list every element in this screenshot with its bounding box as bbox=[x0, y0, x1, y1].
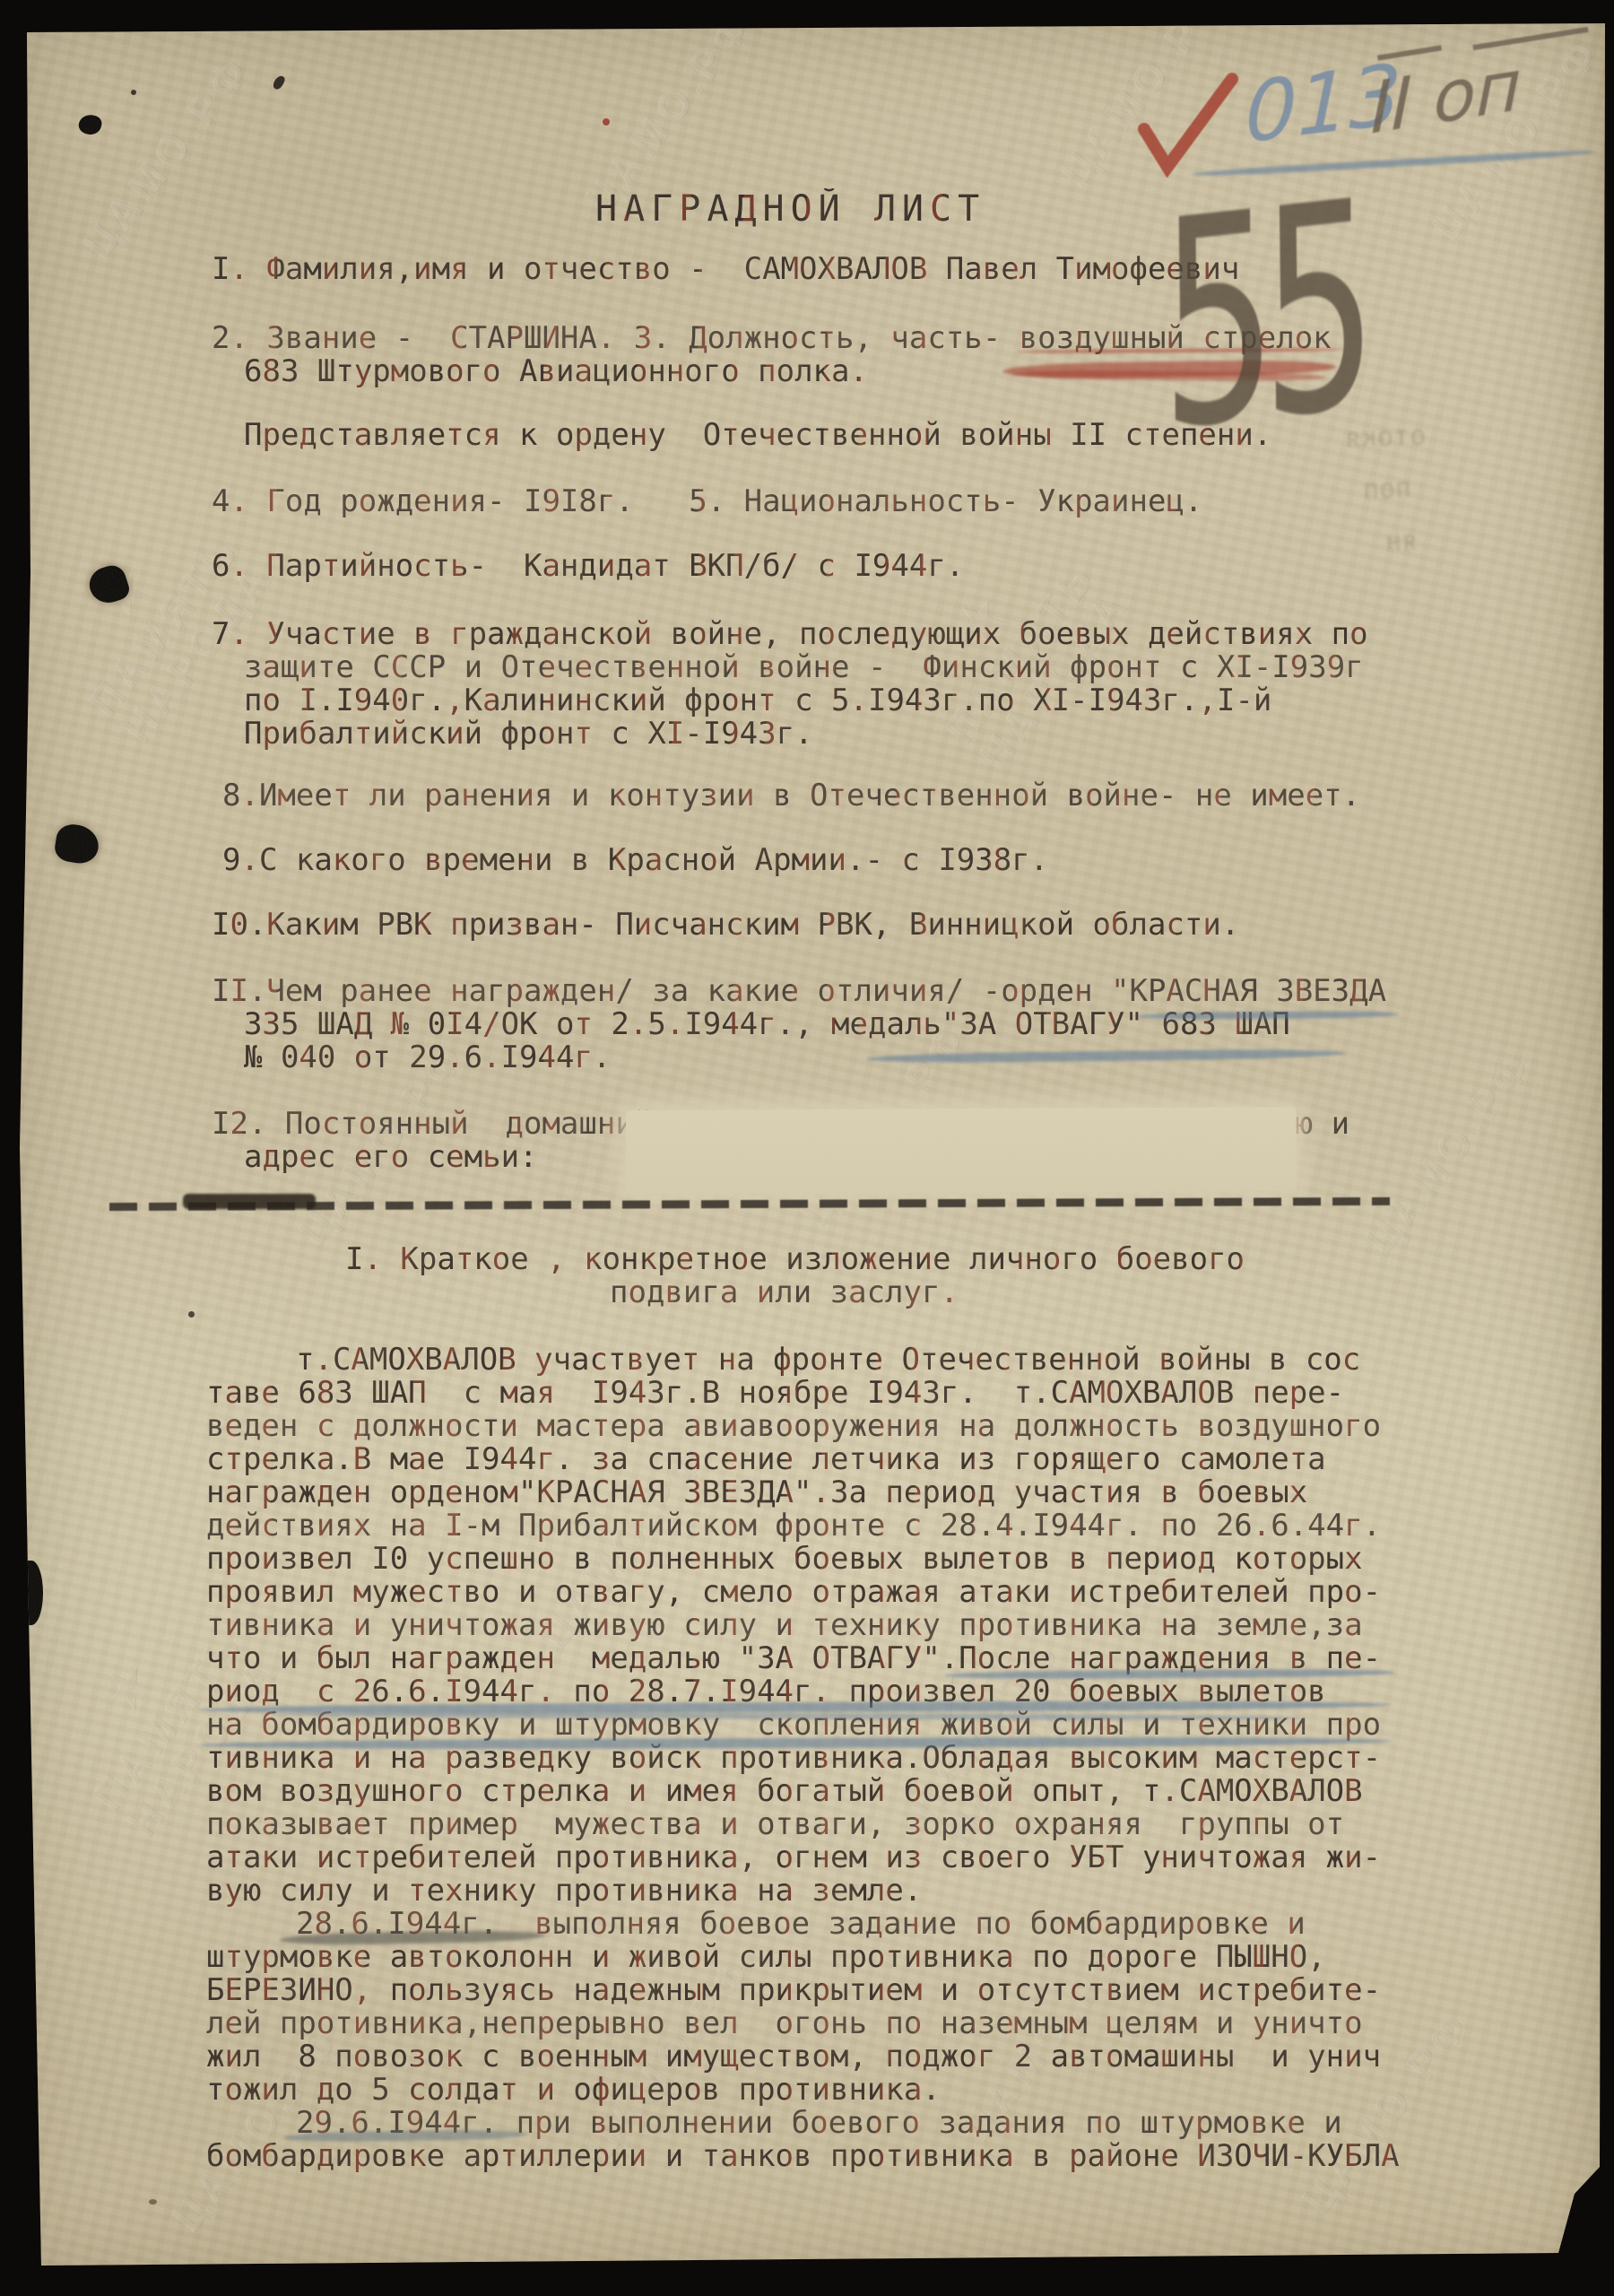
typed-line: 6. Партийность- Кандидат ВКП/б/ с I944г. bbox=[212, 550, 964, 583]
ink-speck-1 bbox=[272, 74, 287, 91]
typed-line: тивника и уничтожая живую силу и технику… bbox=[206, 1609, 1363, 1642]
typed-line: на бомбардировку и штурмовку скопления ж… bbox=[206, 1709, 1381, 1742]
typed-line: таве 683 ШАП с мая I943г.В ноябре I943г.… bbox=[206, 1377, 1344, 1410]
dashed-divider-overtype bbox=[183, 1194, 316, 1209]
opis-overbar-2 bbox=[1472, 27, 1588, 50]
typed-line: 9.С какого времени в Красной Армии.- с I… bbox=[222, 844, 1048, 877]
punch-hole-2 bbox=[85, 561, 132, 607]
ink-bleed-text: ян bbox=[1384, 525, 1418, 557]
watermark-camo: ЦАМО.РФ bbox=[74, 47, 259, 265]
document-title: НАГРАДНОЙ ЛИСТ bbox=[595, 188, 985, 230]
typed-line: II.Чем ранее награжден/ за какие отличия… bbox=[212, 975, 1386, 1008]
typed-line: действиях на I-м Прибалтийском фронте с … bbox=[206, 1509, 1381, 1543]
watermark-camo: ЦАМО.РФ bbox=[1424, 29, 1609, 248]
watermark-camo: ЦАМО.РФ bbox=[1357, 1042, 1541, 1261]
handwritten-opis: II оп bbox=[1370, 45, 1522, 151]
typed-line: проявил мужество и отвагу, смело отражая… bbox=[206, 1576, 1381, 1609]
ink-bleed-text: поп bbox=[1362, 473, 1411, 506]
edge-tear-mark bbox=[20, 1561, 43, 1625]
typed-line: Прибалтийский фронт с XI-I943г. bbox=[244, 717, 813, 751]
star-watermark-icon: ★ bbox=[38, 1585, 218, 1792]
typed-line: по I.I940г.,Калининский фронт с 5.I943г.… bbox=[244, 684, 1271, 717]
typed-line: показывает пример мужества и отваги, зор… bbox=[206, 1808, 1344, 1841]
typed-line: 29.6.I944г. при выполнении боевого задан… bbox=[296, 2107, 1342, 2140]
red-underline-thick bbox=[1002, 359, 1336, 378]
typed-line: 683 Штурмового Авиационного полка. bbox=[244, 355, 868, 388]
typed-line: т.САМОХВАЛОВ участвует на фронте Отечест… bbox=[296, 1344, 1360, 1377]
typed-line: стрелка.В мае I944г. за спасение летчика… bbox=[206, 1443, 1326, 1476]
typed-line: № 040 от 29.6.I944г. bbox=[244, 1041, 611, 1074]
blue-stroke-under-code bbox=[1191, 148, 1596, 178]
typed-line: адрес его семьи: bbox=[244, 1141, 538, 1174]
typed-line: жил 8 повозок с военным имуществом, подж… bbox=[206, 2040, 1381, 2074]
typed-line: что и был награжден медалью "ЗА ОТВАГУ".… bbox=[206, 1642, 1381, 1675]
typed-line: I. Фамилия,имя и отчество - САМОХВАЛОВ П… bbox=[212, 253, 1239, 286]
typed-line: лей противника,непрерывно вел огонь по н… bbox=[206, 2007, 1363, 2040]
typed-line: 2. Звание - СТАРШИНА. 3. Должность, част… bbox=[212, 322, 1332, 355]
typed-line: I. Краткое , конкретное изложение личног… bbox=[345, 1243, 1245, 1276]
typed-line: награжден орденом"КРАСНАЯ ЗВЕЗДА".За пер… bbox=[206, 1476, 1307, 1509]
typed-line: 8.Имеет ли ранения и контузии в Отечеств… bbox=[222, 779, 1360, 813]
typed-line: 4. Год рождения- I9I8г. 5. Национальност… bbox=[212, 485, 1202, 518]
ink-speck-3 bbox=[188, 1311, 195, 1318]
handwritten-code: 013 bbox=[1245, 46, 1402, 161]
typed-line: произвел I0 успешно в полненных боевых в… bbox=[206, 1543, 1363, 1576]
paper-sheet: ЦАМО.РФЦАМО.РФЦАМО.РФЦАМО.РФ★ПАМЯТЬ НАРО… bbox=[0, 0, 1614, 2296]
ink-speck-4 bbox=[149, 2199, 157, 2205]
typed-line: подвига или заслуг. bbox=[610, 1276, 959, 1309]
red-checkmark-icon bbox=[1132, 70, 1248, 187]
typed-line: БЕРЕЗИНО, пользуясь надежным прикрытием … bbox=[206, 1974, 1381, 2007]
typed-line: атаки истребителей противника, огнем из … bbox=[206, 1841, 1381, 1874]
typed-line: Представляется к ордену Отечественной во… bbox=[244, 419, 1271, 452]
typed-line: 335 ШАД № 0I4/ОК от 2.5.I944г., медаль"З… bbox=[244, 1008, 1290, 1041]
typed-line: защите СССР и Отечественной войне - Финс… bbox=[244, 651, 1364, 684]
opis-overbar-1 bbox=[1377, 45, 1442, 60]
ink-speck-red bbox=[603, 118, 610, 126]
typed-line: вом воздушного стрелка и имея богатый бо… bbox=[206, 1775, 1363, 1808]
blue-underline-za-otvagu bbox=[866, 1048, 1345, 1065]
typed-line: бомбардировке артиллерии и танков против… bbox=[206, 2140, 1400, 2173]
punch-hole-1 bbox=[77, 112, 104, 136]
redacted-address-patch bbox=[626, 1107, 1297, 1195]
typed-line: веден с должности мастера авиавооружения… bbox=[206, 1410, 1381, 1443]
ink-speck-2 bbox=[131, 90, 136, 95]
punch-hole-3 bbox=[53, 822, 101, 866]
typed-line: I0.Каким РВК призван- Писчанским РВК, Ви… bbox=[212, 909, 1239, 942]
typed-line: 7. Участие в гражданской войне, последую… bbox=[212, 618, 1368, 651]
red-underline-thick-2 bbox=[1011, 370, 1325, 382]
typed-line: 28.6.I944г. выполняя боевое задание по б… bbox=[296, 1908, 1306, 1941]
typed-line: тивника и на разведку войск противника.О… bbox=[206, 1742, 1381, 1775]
ink-bleed-text: отокя bbox=[1344, 420, 1426, 454]
typed-line: штурмовке автоколонн и живой силы против… bbox=[206, 1941, 1326, 1974]
typed-line: вую силу и технику противника на земле. bbox=[206, 1874, 922, 1908]
typed-line: риод с 26.6.I944г. по 28.7.I944г. произв… bbox=[206, 1675, 1326, 1709]
scanned-award-sheet: ЦАМО.РФЦАМО.РФЦАМО.РФЦАМО.РФ★ПАМЯТЬ НАРО… bbox=[0, 0, 1614, 2296]
typed-line: тожил до 5 солдат и офицеров противника. bbox=[206, 2074, 941, 2107]
